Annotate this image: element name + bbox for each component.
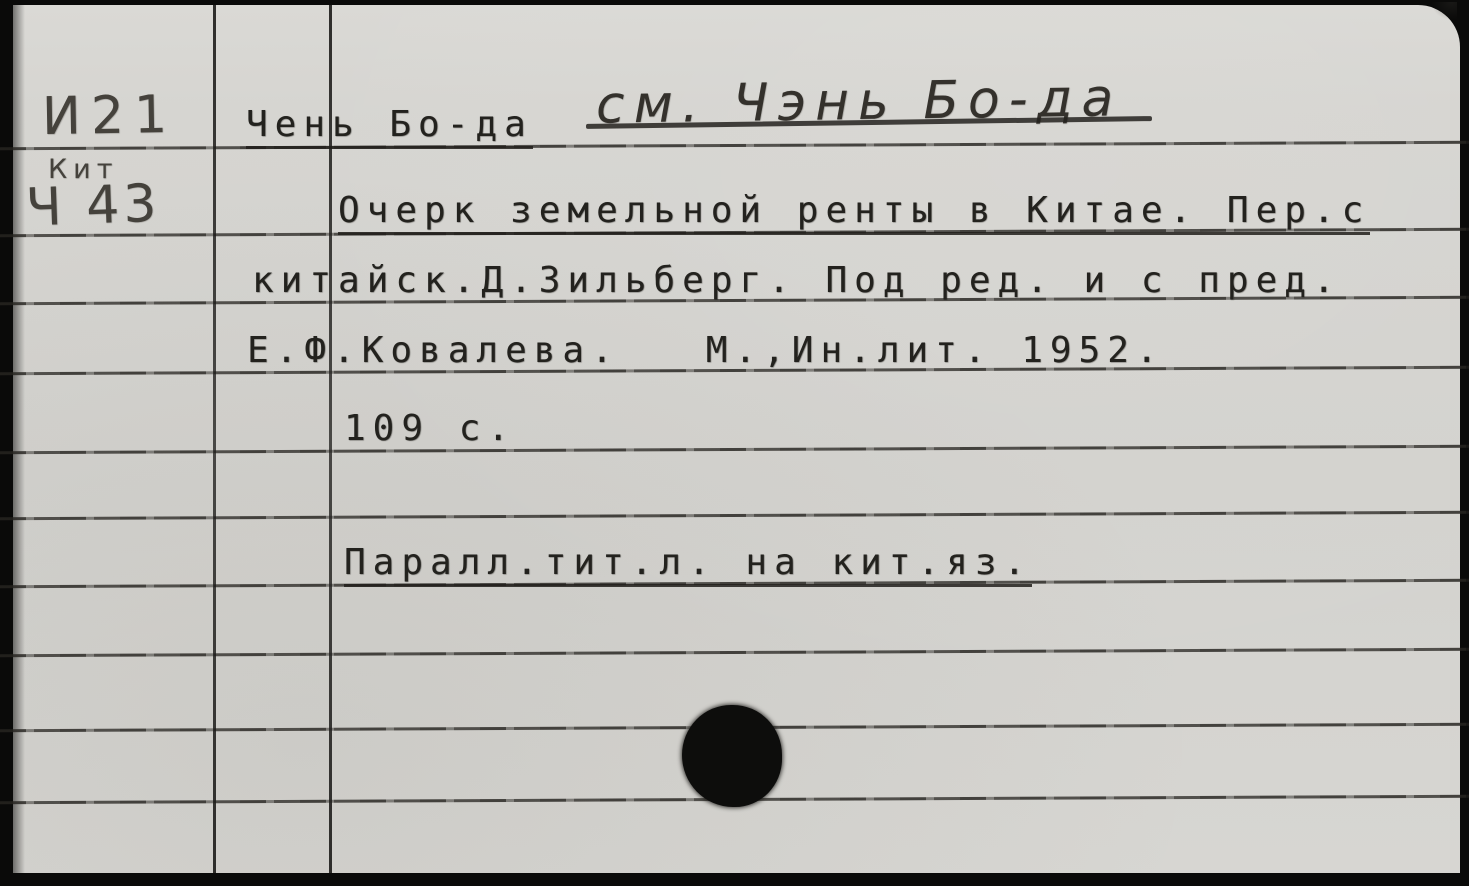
column-divider-1 [213, 5, 216, 873]
call-number-top: И21 [41, 85, 177, 147]
hole-punch [682, 705, 782, 807]
title-line: Очерк земельной ренты в Китае. Пер.с [338, 191, 1370, 235]
responsibility-line: китайск.Д.Зильберг. Под ред. и с пред. [252, 261, 1342, 301]
note-line: Паралл.тит.л. на кит.яз. [344, 543, 1032, 587]
author-heading-typed: Чень Бо-да [246, 105, 533, 149]
scan-corner-smudge [1431, 2, 1457, 20]
pagination-line: 109 с. [344, 409, 516, 449]
scan-edge-left-shadow [13, 0, 25, 886]
scanned-catalog-card: И21 Кит Ч 43 Чень Бо-да см. Чэнь Бо-да О… [0, 0, 1469, 886]
imprint-line: Е.Ф.Ковалева. М.,Ин.лит. 1952. [247, 331, 1165, 371]
call-number-code: Ч 43 [25, 174, 161, 239]
